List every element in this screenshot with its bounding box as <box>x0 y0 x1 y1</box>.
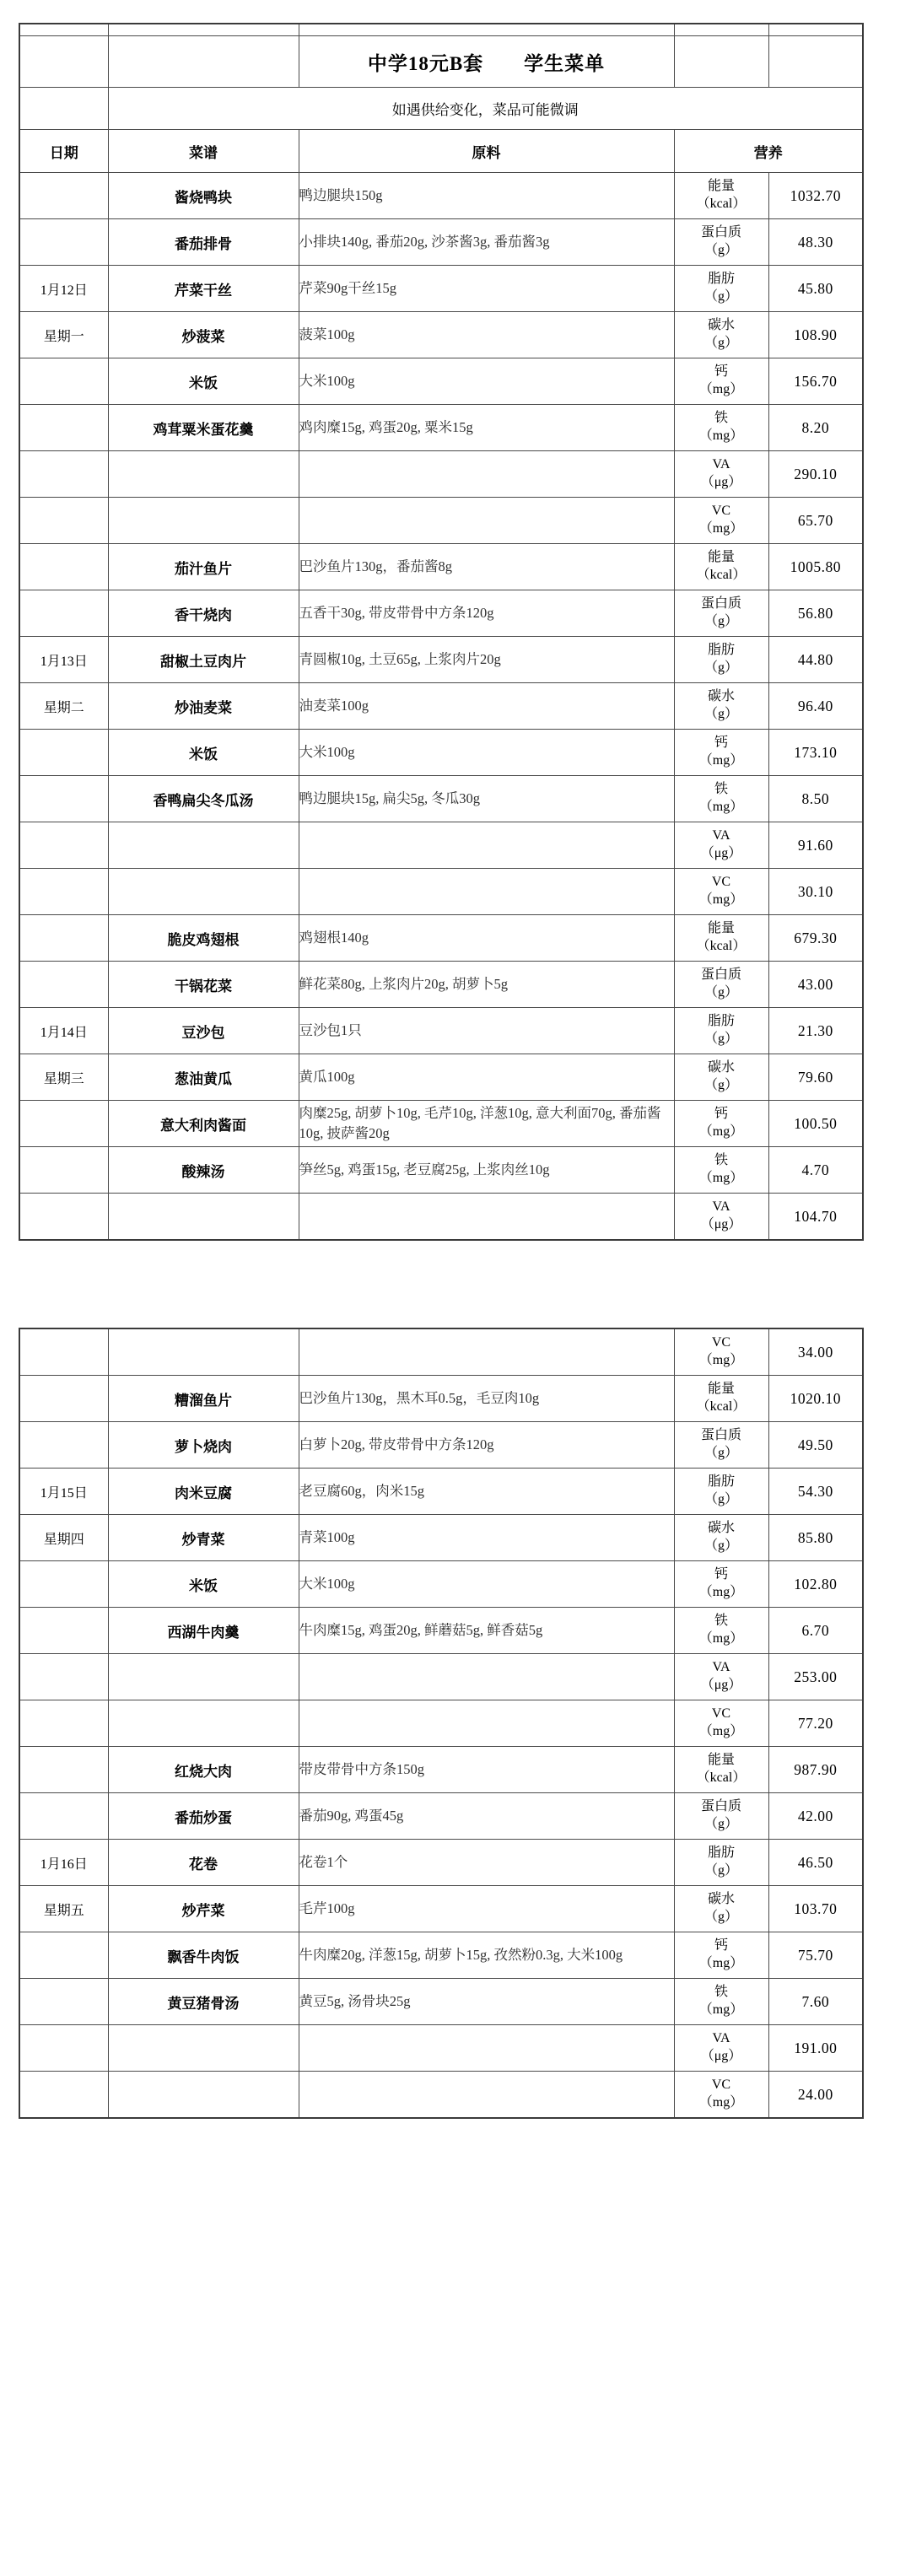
nutrient-name: 蛋白质 <box>675 595 768 613</box>
empty-cell <box>674 24 768 36</box>
empty-cell <box>19 36 108 88</box>
nutrient-name: VC <box>675 1706 768 1723</box>
nutrient-name: 蛋白质 <box>675 224 768 242</box>
nutrient-name: 脂肪 <box>675 271 768 288</box>
menu-table-page-1: 中学18元B套 学生菜单 如遇供给变化，菜品可能微调 日期 菜谱 原料 营养 酱… <box>19 23 864 1241</box>
nutrient-value-cell: 85.80 <box>768 1515 863 1561</box>
nutrient-name: 铁 <box>675 781 768 799</box>
nutrient-label-cell: 蛋白质（g） <box>674 1793 768 1840</box>
date-cell: 星期四 <box>19 1515 108 1561</box>
dish-cell: 炒菠菜 <box>108 312 299 358</box>
ingredients-cell <box>299 451 674 498</box>
nutrient-name: 钙 <box>675 1937 768 1955</box>
dish-cell: 酱烧鸭块 <box>108 173 299 219</box>
dish-cell: 香鸭扁尖冬瓜汤 <box>108 776 299 822</box>
nutrient-unit: （mg） <box>675 381 768 399</box>
menu-row: 星期一炒菠菜菠菜100g碳水（g）108.90 <box>19 312 863 358</box>
nutrient-unit: （mg） <box>675 1170 768 1188</box>
nutrient-unit: （mg） <box>675 752 768 770</box>
dish-cell: 炒青菜 <box>108 1515 299 1561</box>
date-cell <box>19 915 108 962</box>
nutrient-value-cell: 108.90 <box>768 312 863 358</box>
ingredients-cell: 毛芹100g <box>299 1886 674 1932</box>
nutrient-name: 脂肪 <box>675 1013 768 1031</box>
menu-row: 红烧大肉带皮带骨中方条150g能量（kcal）987.90 <box>19 1747 863 1793</box>
ingredients-cell: 大米100g <box>299 730 674 776</box>
date-cell <box>19 822 108 869</box>
nutrient-unit: （kcal） <box>675 567 768 585</box>
ingredients-cell: 鸭边腿块15g, 扁尖5g, 冬瓜30g <box>299 776 674 822</box>
menu-row: 1月14日豆沙包豆沙包1只脂肪（g）21.30 <box>19 1008 863 1054</box>
ingredients-cell <box>299 1328 674 1376</box>
nutrient-value-cell: 24.00 <box>768 2072 863 2119</box>
menu-row: 1月15日肉米豆腐老豆腐60g，肉米15g脂肪（g）54.30 <box>19 1469 863 1515</box>
nutrient-unit: （g） <box>675 1538 768 1555</box>
nutrient-label-cell: 钙（mg） <box>674 358 768 405</box>
nutrient-label-cell: 脂肪（g） <box>674 637 768 683</box>
dish-cell: 鸡茸粟米蛋花羹 <box>108 405 299 451</box>
dish-cell: 干锅花菜 <box>108 962 299 1008</box>
nutrient-name: 碳水 <box>675 1059 768 1077</box>
nutrient-name: 铁 <box>675 410 768 428</box>
nutrient-label-cell: 碳水（g） <box>674 683 768 730</box>
date-cell: 1月14日 <box>19 1008 108 1054</box>
date-cell <box>19 2072 108 2119</box>
nutrient-unit: （g） <box>675 613 768 631</box>
date-cell <box>19 1654 108 1700</box>
nutrient-label-cell: VC（mg） <box>674 1700 768 1747</box>
menu-row: VA（μg）104.70 <box>19 1194 863 1241</box>
ingredients-cell <box>299 2072 674 2119</box>
menu-row: 米饭大米100g钙（mg）156.70 <box>19 358 863 405</box>
nutrient-label-cell: VC（mg） <box>674 869 768 915</box>
dish-cell: 脆皮鸡翅根 <box>108 915 299 962</box>
nutrient-name: 脂肪 <box>675 642 768 660</box>
menu-row: 星期二炒油麦菜油麦菜100g碳水（g）96.40 <box>19 683 863 730</box>
ingredients-cell: 牛肉糜20g, 洋葱15g, 胡萝卜15g, 孜然粉0.3g, 大米100g <box>299 1932 674 1979</box>
nutrient-name: VA <box>675 1199 768 1216</box>
nutrient-value-cell: 8.50 <box>768 776 863 822</box>
nutrient-value-cell: 49.50 <box>768 1422 863 1469</box>
nutrient-label-cell: 钙（mg） <box>674 1932 768 1979</box>
ingredients-cell: 白萝卜20g, 带皮带骨中方条120g <box>299 1422 674 1469</box>
nutrient-unit: （g） <box>675 706 768 724</box>
nutrient-value-cell: 30.10 <box>768 869 863 915</box>
dish-cell: 番茄排骨 <box>108 219 299 266</box>
page-title: 中学18元B套 学生菜单 <box>299 36 674 88</box>
ingredients-cell <box>299 1194 674 1241</box>
date-cell: 1月13日 <box>19 637 108 683</box>
empty-cell <box>19 88 108 130</box>
date-cell <box>19 1700 108 1747</box>
dish-cell: 豆沙包 <box>108 1008 299 1054</box>
dish-cell: 芹菜干丝 <box>108 266 299 312</box>
ingredients-cell: 牛肉糜15g, 鸡蛋20g, 鲜蘑菇5g, 鲜香菇5g <box>299 1608 674 1654</box>
nutrient-value-cell: 156.70 <box>768 358 863 405</box>
nutrient-name: VC <box>675 2077 768 2094</box>
date-cell <box>19 358 108 405</box>
nutrient-unit: （g） <box>675 1816 768 1834</box>
dish-cell <box>108 1194 299 1241</box>
ingredients-cell <box>299 1700 674 1747</box>
ingredients-cell: 豆沙包1只 <box>299 1008 674 1054</box>
nutrient-unit: （kcal） <box>675 196 768 213</box>
spacer-row <box>19 24 863 36</box>
nutrient-name: 钙 <box>675 364 768 381</box>
nutrient-label-cell: 铁（mg） <box>674 405 768 451</box>
nutrient-value-cell: 987.90 <box>768 1747 863 1793</box>
nutrient-unit: （g） <box>675 335 768 353</box>
nutrient-label-cell: 铁（mg） <box>674 1147 768 1194</box>
nutrient-name: 钙 <box>675 1106 768 1124</box>
nutrient-name: 能量 <box>675 549 768 567</box>
empty-cell <box>768 36 863 88</box>
nutrient-name: 蛋白质 <box>675 1427 768 1445</box>
dish-cell <box>108 822 299 869</box>
nutrient-label-cell: VC（mg） <box>674 498 768 544</box>
dish-cell <box>108 2025 299 2072</box>
menu-table-page-2: VC（mg）34.00糟溜鱼片巴沙鱼片130g，黑木耳0.5g，毛豆肉10g能量… <box>19 1328 864 2119</box>
menu-row: VC（mg）65.70 <box>19 498 863 544</box>
ingredients-cell: 鸡翅根140g <box>299 915 674 962</box>
dish-cell: 糟溜鱼片 <box>108 1376 299 1422</box>
dish-cell: 黄豆猪骨汤 <box>108 1979 299 2025</box>
dish-cell <box>108 498 299 544</box>
nutrient-label-cell: VA（μg） <box>674 451 768 498</box>
nutrient-value-cell: 102.80 <box>768 1561 863 1608</box>
nutrient-name: 钙 <box>675 1566 768 1584</box>
nutrient-value-cell: 100.50 <box>768 1101 863 1147</box>
empty-cell <box>299 24 674 36</box>
ingredients-cell: 鸭边腿块150g <box>299 173 674 219</box>
nutrient-label-cell: VC（mg） <box>674 1328 768 1376</box>
nutrient-unit: （g） <box>675 242 768 260</box>
date-cell <box>19 1932 108 1979</box>
ingredients-cell: 青菜100g <box>299 1515 674 1561</box>
menu-row: VC（mg）77.20 <box>19 1700 863 1747</box>
nutrient-unit: （g） <box>675 1077 768 1095</box>
nutrient-name: 能量 <box>675 1381 768 1398</box>
nutrient-unit: （g） <box>675 1445 768 1463</box>
nutrient-value-cell: 65.70 <box>768 498 863 544</box>
nutrient-unit: （mg） <box>675 1955 768 1973</box>
nutrient-value-cell: 34.00 <box>768 1328 863 1376</box>
menu-row: 星期四炒青菜青菜100g碳水（g）85.80 <box>19 1515 863 1561</box>
nutrient-label-cell: 钙（mg） <box>674 1561 768 1608</box>
date-cell: 星期二 <box>19 683 108 730</box>
header-dish: 菜谱 <box>108 130 299 173</box>
nutrient-value-cell: 48.30 <box>768 219 863 266</box>
empty-cell <box>108 24 299 36</box>
nutrient-name: 能量 <box>675 920 768 938</box>
nutrient-unit: （g） <box>675 1491 768 1509</box>
nutrient-value-cell: 77.20 <box>768 1700 863 1747</box>
nutrient-label-cell: 铁（mg） <box>674 1979 768 2025</box>
menu-row: 番茄炒蛋番茄90g, 鸡蛋45g蛋白质（g）42.00 <box>19 1793 863 1840</box>
ingredients-cell: 大米100g <box>299 1561 674 1608</box>
nutrient-unit: （g） <box>675 1909 768 1927</box>
nutrient-value-cell: 103.70 <box>768 1886 863 1932</box>
nutrient-unit: （kcal） <box>675 938 768 956</box>
title-row: 中学18元B套 学生菜单 <box>19 36 863 88</box>
nutrient-unit: （kcal） <box>675 1398 768 1416</box>
nutrient-unit: （mg） <box>675 1124 768 1141</box>
menu-row: VA（μg）290.10 <box>19 451 863 498</box>
dish-cell <box>108 869 299 915</box>
date-cell: 星期一 <box>19 312 108 358</box>
dish-cell: 米饭 <box>108 730 299 776</box>
nutrient-name: 蛋白质 <box>675 967 768 984</box>
ingredients-cell: 巴沙鱼片130g，黑木耳0.5g，毛豆肉10g <box>299 1376 674 1422</box>
ingredients-cell: 巴沙鱼片130g，番茄酱8g <box>299 544 674 590</box>
dish-cell <box>108 2072 299 2119</box>
dish-cell: 米饭 <box>108 358 299 405</box>
ingredients-cell <box>299 869 674 915</box>
date-cell <box>19 776 108 822</box>
menu-row: 西湖牛肉羹牛肉糜15g, 鸡蛋20g, 鲜蘑菇5g, 鲜香菇5g铁（mg）6.7… <box>19 1608 863 1654</box>
header-nutrition: 营养 <box>674 130 863 173</box>
empty-cell <box>108 36 299 88</box>
date-cell <box>19 1376 108 1422</box>
nutrient-unit: （mg） <box>675 1352 768 1370</box>
nutrient-value-cell: 4.70 <box>768 1147 863 1194</box>
nutrient-name: 蛋白质 <box>675 1798 768 1816</box>
nutrient-label-cell: 能量（kcal） <box>674 1747 768 1793</box>
menu-row: 茄汁鱼片巴沙鱼片130g，番茄酱8g能量（kcal）1005.80 <box>19 544 863 590</box>
menu-row: 米饭大米100g钙（mg）102.80 <box>19 1561 863 1608</box>
nutrient-label-cell: 蛋白质（g） <box>674 219 768 266</box>
menu-row: 1月16日花卷花卷1个脂肪（g）46.50 <box>19 1840 863 1886</box>
nutrient-value-cell: 79.60 <box>768 1054 863 1101</box>
nutrient-label-cell: 脂肪（g） <box>674 1469 768 1515</box>
ingredients-cell: 鸡肉糜15g, 鸡蛋20g, 粟米15g <box>299 405 674 451</box>
ingredients-cell: 芹菜90g干丝15g <box>299 266 674 312</box>
date-cell <box>19 544 108 590</box>
nutrient-name: 铁 <box>675 1613 768 1630</box>
empty-cell <box>674 36 768 88</box>
date-cell <box>19 869 108 915</box>
menu-row: VC（mg）24.00 <box>19 2072 863 2119</box>
dish-cell: 番茄炒蛋 <box>108 1793 299 1840</box>
nutrient-label-cell: VC（mg） <box>674 2072 768 2119</box>
nutrient-label-cell: 蛋白质（g） <box>674 1422 768 1469</box>
nutrient-value-cell: 91.60 <box>768 822 863 869</box>
dish-cell: 香干烧肉 <box>108 590 299 637</box>
dish-cell: 意大利肉酱面 <box>108 1101 299 1147</box>
date-cell <box>19 1747 108 1793</box>
nutrient-value-cell: 191.00 <box>768 2025 863 2072</box>
date-cell <box>19 2025 108 2072</box>
empty-cell <box>768 24 863 36</box>
ingredients-cell <box>299 822 674 869</box>
ingredients-cell <box>299 2025 674 2072</box>
date-cell <box>19 405 108 451</box>
ingredients-cell: 小排块140g, 番茄20g, 沙茶酱3g, 番茄酱3g <box>299 219 674 266</box>
nutrient-name: 铁 <box>675 1984 768 2002</box>
date-cell <box>19 219 108 266</box>
nutrient-name: 碳水 <box>675 1520 768 1538</box>
nutrient-unit: （mg） <box>675 428 768 445</box>
nutrient-name: VA <box>675 1659 768 1677</box>
ingredients-cell: 花卷1个 <box>299 1840 674 1886</box>
nutrient-label-cell: 蛋白质（g） <box>674 590 768 637</box>
ingredients-cell: 老豆腐60g，肉米15g <box>299 1469 674 1515</box>
nutrient-unit: （mg） <box>675 1723 768 1741</box>
date-cell: 1月16日 <box>19 1840 108 1886</box>
nutrient-value-cell: 56.80 <box>768 590 863 637</box>
nutrient-value-cell: 75.70 <box>768 1932 863 1979</box>
dish-cell: 花卷 <box>108 1840 299 1886</box>
nutrient-label-cell: 钙（mg） <box>674 1101 768 1147</box>
dish-cell: 飘香牛肉饭 <box>108 1932 299 1979</box>
nutrient-unit: （mg） <box>675 1584 768 1602</box>
date-cell: 1月15日 <box>19 1469 108 1515</box>
nutrient-label-cell: 脂肪（g） <box>674 1840 768 1886</box>
ingredients-cell: 番茄90g, 鸡蛋45g <box>299 1793 674 1840</box>
nutrient-value-cell: 7.60 <box>768 1979 863 2025</box>
dish-cell: 炒油麦菜 <box>108 683 299 730</box>
dish-cell: 萝卜烧肉 <box>108 1422 299 1469</box>
menu-row: 糟溜鱼片巴沙鱼片130g，黑木耳0.5g，毛豆肉10g能量（kcal）1020.… <box>19 1376 863 1422</box>
ingredients-cell: 带皮带骨中方条150g <box>299 1747 674 1793</box>
ingredients-cell <box>299 498 674 544</box>
menu-row: 飘香牛肉饭牛肉糜20g, 洋葱15g, 胡萝卜15g, 孜然粉0.3g, 大米1… <box>19 1932 863 1979</box>
nutrient-unit: （μg） <box>675 1216 768 1234</box>
nutrient-label-cell: 能量（kcal） <box>674 1376 768 1422</box>
nutrient-value-cell: 8.20 <box>768 405 863 451</box>
ingredients-cell: 笋丝5g, 鸡蛋15g, 老豆腐25g, 上浆肉丝10g <box>299 1147 674 1194</box>
menu-row: 星期三葱油黄瓜黄瓜100g碳水（g）79.60 <box>19 1054 863 1101</box>
ingredients-cell: 菠菜100g <box>299 312 674 358</box>
date-cell <box>19 451 108 498</box>
date-cell <box>19 730 108 776</box>
dish-cell: 甜椒土豆肉片 <box>108 637 299 683</box>
nutrient-name: VC <box>675 874 768 892</box>
ingredients-cell: 青圆椒10g, 土豆65g, 上浆肉片20g <box>299 637 674 683</box>
menu-row: VA（μg）253.00 <box>19 1654 863 1700</box>
menu-row: 意大利肉酱面肉糜25g, 胡萝卜10g, 毛芹10g, 洋葱10g, 意大利面7… <box>19 1101 863 1147</box>
subtitle-row: 如遇供给变化，菜品可能微调 <box>19 88 863 130</box>
ingredients-cell: 大米100g <box>299 358 674 405</box>
menu-row: VC（mg）30.10 <box>19 869 863 915</box>
nutrient-unit: （g） <box>675 660 768 677</box>
dish-cell: 茄汁鱼片 <box>108 544 299 590</box>
nutrient-unit: （mg） <box>675 892 768 909</box>
header-date: 日期 <box>19 130 108 173</box>
nutrient-label-cell: VA（μg） <box>674 1654 768 1700</box>
nutrient-name: 碳水 <box>675 688 768 706</box>
nutrient-value-cell: 42.00 <box>768 1793 863 1840</box>
empty-cell <box>19 24 108 36</box>
date-cell <box>19 1101 108 1147</box>
menu-row: 酸辣汤笋丝5g, 鸡蛋15g, 老豆腐25g, 上浆肉丝10g铁（mg）4.70 <box>19 1147 863 1194</box>
date-cell: 星期三 <box>19 1054 108 1101</box>
menu-row: VA（μg）91.60 <box>19 822 863 869</box>
nutrient-label-cell: 碳水（g） <box>674 312 768 358</box>
nutrient-name: VC <box>675 503 768 520</box>
date-cell <box>19 590 108 637</box>
nutrient-label-cell: 能量（kcal） <box>674 173 768 219</box>
nutrient-name: 能量 <box>675 178 768 196</box>
nutrient-value-cell: 45.80 <box>768 266 863 312</box>
nutrient-name: 碳水 <box>675 317 768 335</box>
nutrient-label-cell: 脂肪（g） <box>674 1008 768 1054</box>
ingredients-cell <box>299 1654 674 1700</box>
dish-cell <box>108 1654 299 1700</box>
menu-row: 萝卜烧肉白萝卜20g, 带皮带骨中方条120g蛋白质（g）49.50 <box>19 1422 863 1469</box>
nutrient-name: 能量 <box>675 1752 768 1770</box>
header-ingredients: 原料 <box>299 130 674 173</box>
nutrient-label-cell: 碳水（g） <box>674 1886 768 1932</box>
nutrient-label-cell: 铁（mg） <box>674 1608 768 1654</box>
nutrient-value-cell: 253.00 <box>768 1654 863 1700</box>
menu-row: 1月12日芹菜干丝芹菜90g干丝15g脂肪（g）45.80 <box>19 266 863 312</box>
nutrient-unit: （kcal） <box>675 1770 768 1787</box>
date-cell: 星期五 <box>19 1886 108 1932</box>
menu-row: 星期五炒芹菜毛芹100g碳水（g）103.70 <box>19 1886 863 1932</box>
dish-cell: 葱油黄瓜 <box>108 1054 299 1101</box>
menu-row: 香鸭扁尖冬瓜汤鸭边腿块15g, 扁尖5g, 冬瓜30g铁（mg）8.50 <box>19 776 863 822</box>
nutrient-value-cell: 1020.10 <box>768 1376 863 1422</box>
nutrient-name: VA <box>675 456 768 474</box>
dish-cell: 炒芹菜 <box>108 1886 299 1932</box>
ingredients-cell: 黄瓜100g <box>299 1054 674 1101</box>
nutrient-name: 脂肪 <box>675 1845 768 1862</box>
date-cell <box>19 1328 108 1376</box>
nutrient-label-cell: VA（μg） <box>674 1194 768 1241</box>
menu-row: 黄豆猪骨汤黄豆5g, 汤骨块25g铁（mg）7.60 <box>19 1979 863 2025</box>
dish-cell: 米饭 <box>108 1561 299 1608</box>
nutrient-value-cell: 21.30 <box>768 1008 863 1054</box>
nutrient-label-cell: 能量（kcal） <box>674 915 768 962</box>
nutrient-label-cell: 钙（mg） <box>674 730 768 776</box>
nutrient-name: VA <box>675 2030 768 2048</box>
nutrient-value-cell: 1032.70 <box>768 173 863 219</box>
nutrient-unit: （μg） <box>675 474 768 492</box>
nutrient-unit: （μg） <box>675 1677 768 1695</box>
date-cell <box>19 173 108 219</box>
nutrient-label-cell: 碳水（g） <box>674 1054 768 1101</box>
dish-cell <box>108 451 299 498</box>
nutrient-value-cell: 173.10 <box>768 730 863 776</box>
nutrient-unit: （g） <box>675 1031 768 1048</box>
nutrient-unit: （mg） <box>675 2002 768 2019</box>
ingredients-cell: 肉糜25g, 胡萝卜10g, 毛芹10g, 洋葱10g, 意大利面70g, 番茄… <box>299 1101 674 1147</box>
dish-cell: 红烧大肉 <box>108 1747 299 1793</box>
nutrient-name: 铁 <box>675 1152 768 1170</box>
date-cell: 1月12日 <box>19 266 108 312</box>
nutrient-value-cell: 1005.80 <box>768 544 863 590</box>
nutrient-unit: （g） <box>675 288 768 306</box>
nutrient-label-cell: VA（μg） <box>674 2025 768 2072</box>
menu-row: 香干烧肉五香干30g, 带皮带骨中方条120g蛋白质（g）56.80 <box>19 590 863 637</box>
nutrient-unit: （mg） <box>675 520 768 538</box>
nutrient-name: 碳水 <box>675 1891 768 1909</box>
nutrient-value-cell: 679.30 <box>768 915 863 962</box>
date-cell <box>19 1979 108 2025</box>
nutrient-value-cell: 54.30 <box>768 1469 863 1515</box>
nutrient-value-cell: 290.10 <box>768 451 863 498</box>
nutrient-label-cell: 铁（mg） <box>674 776 768 822</box>
menu-row: 酱烧鸭块鸭边腿块150g能量（kcal）1032.70 <box>19 173 863 219</box>
date-cell <box>19 962 108 1008</box>
nutrient-unit: （g） <box>675 1862 768 1880</box>
nutrient-name: VC <box>675 1334 768 1352</box>
menu-row: 干锅花菜鲜花菜80g, 上浆肉片20g, 胡萝卜5g蛋白质（g）43.00 <box>19 962 863 1008</box>
column-header-row: 日期 菜谱 原料 营养 <box>19 130 863 173</box>
menu-row: VC（mg）34.00 <box>19 1328 863 1376</box>
menu-row: 脆皮鸡翅根鸡翅根140g能量（kcal）679.30 <box>19 915 863 962</box>
